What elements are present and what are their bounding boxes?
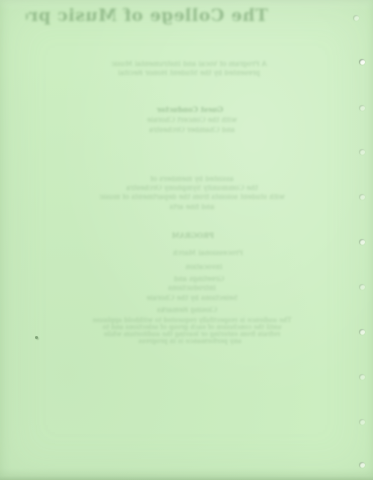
bleedthrough-line: with student soloists from the departmen… [90,194,294,201]
bleedthrough-line: The audience is respectfully requested t… [68,317,316,324]
punch-hole [359,462,365,468]
punch-hole [359,194,365,200]
ink-speck [35,336,38,339]
bleedthrough-line: and Chamber Orchestra [131,127,253,134]
bleedthrough-line: Introductions [146,285,238,292]
bleedthrough-line: any performance is in progress [106,338,274,345]
punch-hole [359,419,365,425]
bleedthrough-line: presented by the Student Honor Recital [106,70,272,77]
punch-hole [359,59,365,65]
bleedthrough-line: and fine arts [146,204,238,211]
scanned-page: The College of Music presents A Program … [0,0,373,480]
bleedthrough-line: refrain from entering or leaving the aud… [73,331,311,338]
bleedthrough-line: assisted by members of [131,176,253,183]
bleedthrough-line: until the conclusion of each group of se… [70,324,314,331]
bleedthrough-line: Guest Conductor [146,106,234,113]
bleedthrough-line: Processional March [146,250,270,257]
bleedthrough-line: with the Concert Chorale [136,117,248,124]
punch-hole [359,329,365,335]
bleedthrough-header: The College of Music presents [26,8,268,32]
punch-hole [359,105,365,111]
punch-hole [359,239,365,245]
punch-hole [359,374,365,380]
bleedthrough-line: Invocation [156,264,252,271]
bleedthrough-line: the Community Symphony Orchestra [116,185,268,192]
bleedthrough-line: Selections by the Chorale [114,295,270,302]
punch-hole [359,284,365,290]
punch-hole [359,149,365,155]
bleedthrough-line: PROGRAM [156,232,230,239]
bleedthrough-line: A Program of Vocal and Instrumental Musi… [90,61,288,68]
bleedthrough-line: Greetings and [150,276,248,283]
bleedthrough-line: Closing Remarks [131,307,243,314]
punch-hole [353,15,359,21]
